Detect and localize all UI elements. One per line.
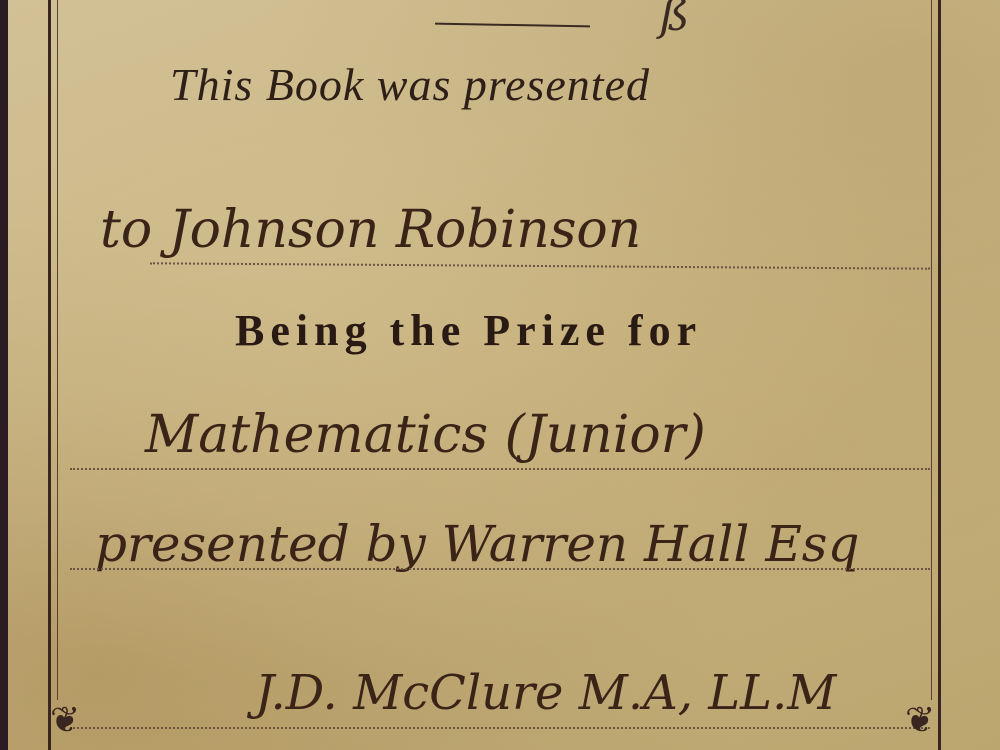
corner-flourish-icon: ❦	[905, 700, 935, 741]
border-left-inner	[57, 0, 58, 700]
dotted-rule-subject	[70, 468, 930, 470]
dotted-rule-signature	[70, 727, 930, 729]
border-right-inner	[931, 0, 932, 700]
border-right-outer	[938, 0, 941, 750]
prize-subject: Mathematics (Junior)	[145, 405, 706, 465]
prize-line: Being the Prize for	[235, 305, 702, 356]
heading-text: This Book was presented	[170, 58, 650, 111]
bookplate-paper	[0, 0, 1000, 750]
border-left-outer	[48, 0, 51, 750]
presenter-text: presented by Warren Hall Esq	[95, 515, 859, 573]
corner-flourish-icon: ❦	[50, 700, 80, 741]
signature: J.D. McClure M.A, LL.M	[255, 665, 836, 721]
book-cover-edge	[0, 0, 8, 750]
top-handwritten-mark: ß	[660, 0, 689, 41]
dotted-rule-presenter	[70, 568, 930, 570]
recipient-name: to Johnson Robinson	[100, 200, 641, 260]
